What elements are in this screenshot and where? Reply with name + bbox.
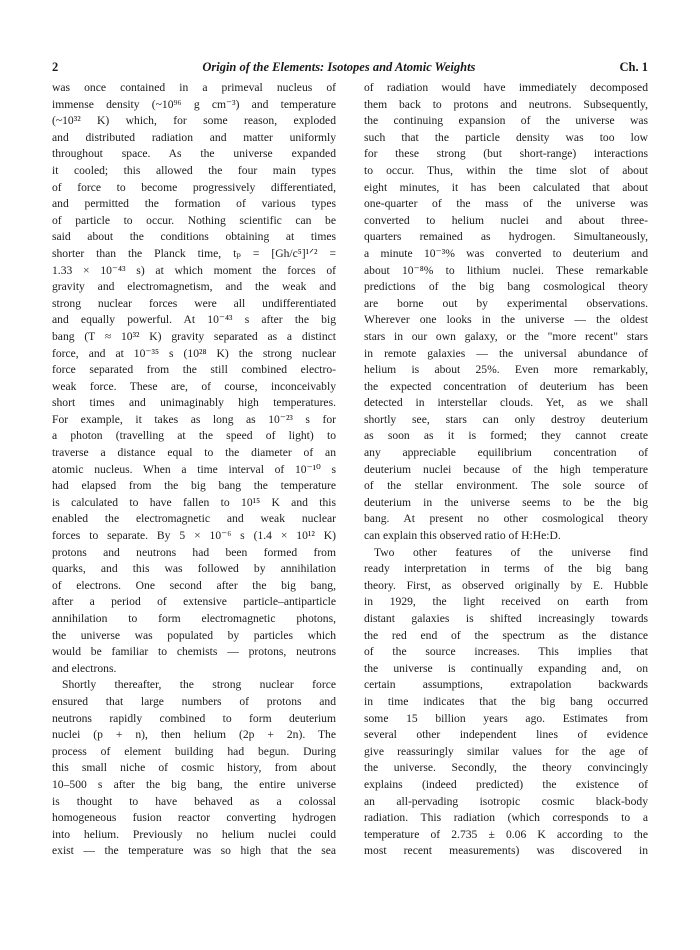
text-line: atomic nucleus. When a time interval of … [52, 462, 336, 479]
text-line: shortly see, stars can only destroy deut… [364, 412, 648, 429]
text-line: in time indicates that the big bang occu… [364, 694, 648, 711]
page-number: 2 [52, 60, 58, 75]
text-line: of force to become progressively differe… [52, 180, 336, 197]
text-line: them back to protons and neutrons. Subse… [364, 97, 648, 114]
text-line: said about the conditions obtaining at t… [52, 229, 336, 246]
text-line: an all-pervading isotropic cosmic black-… [364, 794, 648, 811]
text-line: helium is about 25%. Even more remarkabl… [364, 362, 648, 379]
text-line: certain assumptions, extrapolation backw… [364, 677, 648, 694]
text-line: some 15 billion years ago. Estimates fro… [364, 711, 648, 728]
text-line: annihilation to form electromagnetic pho… [52, 611, 336, 628]
text-line: the continuing expansion of the universe… [364, 113, 648, 130]
text-line: explains (indeed predicted) the existenc… [364, 777, 648, 794]
text-line: 1.33 × 10⁻⁴³ s) at which moment the forc… [52, 263, 336, 280]
text-line: give reassuringly similar values for the… [364, 744, 648, 761]
text-line: ensured that large numbers of protons an… [52, 694, 336, 711]
document-page: 2 Origin of the Elements: Isotopes and A… [0, 0, 700, 950]
text-line: about 10⁻⁸% to lithium nuclei. These rem… [364, 263, 648, 280]
text-line: deuterium in the universe seems to be th… [364, 495, 648, 512]
text-line: temperature of 2.735 ± 0.06 K according … [364, 827, 648, 844]
text-line: enabled the electromagnetic and weak nuc… [52, 511, 336, 528]
text-line: any appreciable equilibrium concentratio… [364, 445, 648, 462]
text-line: short times and unimaginably high temper… [52, 395, 336, 412]
text-line: after a period of extensive particle–ant… [52, 594, 336, 611]
text-line: immense density (~10⁹⁶ g cm⁻³) and tempe… [52, 97, 336, 114]
text-line: bang (T ≈ 10³² K) gravity separated as a… [52, 329, 336, 346]
text-line: theory. First, as observed originally by… [364, 578, 648, 595]
text-line: radiation. This radiation (which corresp… [364, 810, 648, 827]
text-line: force, and at 10⁻³⁵ s (10²⁸ K) the stron… [52, 346, 336, 363]
text-line: such that the particle density was too l… [364, 130, 648, 147]
text-line: Shortly thereafter, the strong nuclear f… [52, 677, 336, 694]
right-column: of radiation would have immediately deco… [364, 80, 648, 860]
text-line: of the stellar environment. The sole sou… [364, 478, 648, 495]
text-line: quarks, and this was followed by annihil… [52, 561, 336, 578]
text-line: of particle to occur. Nothing scientific… [52, 213, 336, 230]
text-line: and permitted the formation of various t… [52, 196, 336, 213]
text-line: are borne out by experimental observatio… [364, 296, 648, 313]
text-line: forces to separate. By 5 × 10⁻⁶ s (1.4 ×… [52, 528, 336, 545]
text-line: in 1929, the light received on earth fro… [364, 594, 648, 611]
chapter-label: Ch. 1 [620, 60, 648, 75]
text-line: traverse a distance equal to the diamete… [52, 445, 336, 462]
text-line: throughout space. As the universe expand… [52, 146, 336, 163]
text-line: shorter than the Planck time, tₚ = [Gh/c… [52, 246, 336, 263]
text-line: the red end of the spectrum as the dista… [364, 628, 648, 645]
text-line: of the source increases. This implies th… [364, 644, 648, 661]
text-line: ready interpretation in terms of the big… [364, 561, 648, 578]
text-line: for these strong (but short-range) inter… [364, 146, 648, 163]
text-line: had elapsed from the big bang the temper… [52, 478, 336, 495]
text-line: nuclei (p + n), then helium (2p + 2n). T… [52, 727, 336, 744]
text-line: strong nuclear forces were all undiffere… [52, 296, 336, 313]
text-line: as soon as it is formed; they cannot cre… [364, 428, 648, 445]
text-line: process of element building had begun. D… [52, 744, 336, 761]
text-line: the universe was populated by particles … [52, 628, 336, 645]
text-line: deuterium nuclei because of the high tem… [364, 462, 648, 479]
text-line: is thought to have behaved as a colossal [52, 794, 336, 811]
body-text: was once contained in a primeval nucleus… [52, 80, 648, 860]
text-line: homogeneous fusion reactor converting hy… [52, 810, 336, 827]
text-line: quarters remained as hydrogen. Simultane… [364, 229, 648, 246]
text-line: the universe. Secondly, the theory convi… [364, 760, 648, 777]
text-line: most recent measurements) was discovered… [364, 843, 648, 860]
text-line: a minute 10⁻³% was converted to deuteriu… [364, 246, 648, 263]
text-line: bang. At present no other cosmological t… [364, 511, 648, 528]
text-line: neutrons rapidly combined to form deuter… [52, 711, 336, 728]
text-line: predictions of the big bang cosmological… [364, 279, 648, 296]
text-line: the universe is continually expanding an… [364, 661, 648, 678]
text-line: of radiation would have immediately deco… [364, 80, 648, 97]
text-line: Two other features of the universe find [364, 545, 648, 562]
text-line: force separated from the still combined … [52, 362, 336, 379]
chapter-title: Origin of the Elements: Isotopes and Ato… [202, 60, 475, 75]
text-line: and equally powerful. At 10⁻⁴³ s after t… [52, 312, 336, 329]
text-line: detected in interstellar clouds. Yet, as… [364, 395, 648, 412]
text-line: converted to helium nuclei and about thr… [364, 213, 648, 230]
text-line: can explain this observed ratio of H:He:… [364, 528, 648, 545]
text-line: eight minutes, it has been calculated th… [364, 180, 648, 197]
text-line: weak force. These are, of course, inconc… [52, 379, 336, 396]
text-line: exist — the temperature was so high that… [52, 843, 336, 860]
text-line: Wherever one looks in the universe — the… [364, 312, 648, 329]
text-line: it cooled; this allowed the four main ty… [52, 163, 336, 180]
text-line: one-quarter of the mass of the universe … [364, 196, 648, 213]
text-line: a photon (travelling at the speed of lig… [52, 428, 336, 445]
text-line: to occur. Thus, within the time slot of … [364, 163, 648, 180]
text-line: was once contained in a primeval nucleus… [52, 80, 336, 97]
text-line: is calculated to have fallen to 10¹⁵ K a… [52, 495, 336, 512]
text-line: protons and neutrons had been formed fro… [52, 545, 336, 562]
text-line: this small niche of cosmic history, from… [52, 760, 336, 777]
text-line: several other independent lines of evide… [364, 727, 648, 744]
text-line: For example, it takes as long as 10⁻²³ s… [52, 412, 336, 429]
text-line: (~10³² K) which, for some reason, explod… [52, 113, 336, 130]
left-column: was once contained in a primeval nucleus… [52, 80, 336, 860]
text-line: and electrons. [52, 661, 336, 678]
text-line: 10–500 s after the big bang, the entire … [52, 777, 336, 794]
text-line: would be familiar to chemists — protons,… [52, 644, 336, 661]
text-line: of electrons. One second after the big b… [52, 578, 336, 595]
text-line: the expected concentration of deuterium … [364, 379, 648, 396]
text-line: distant galaxies is shifted increasingly… [364, 611, 648, 628]
text-line: into helium. Previously no helium nuclei… [52, 827, 336, 844]
text-line: and distributed radiation and matter uni… [52, 130, 336, 147]
text-line: stars in our own galaxy, or the "more re… [364, 329, 648, 346]
text-line: gravity and electromagnetism, and the we… [52, 279, 336, 296]
text-line: in remote galaxies — the universal abund… [364, 346, 648, 363]
running-header: 2 Origin of the Elements: Isotopes and A… [52, 60, 648, 78]
